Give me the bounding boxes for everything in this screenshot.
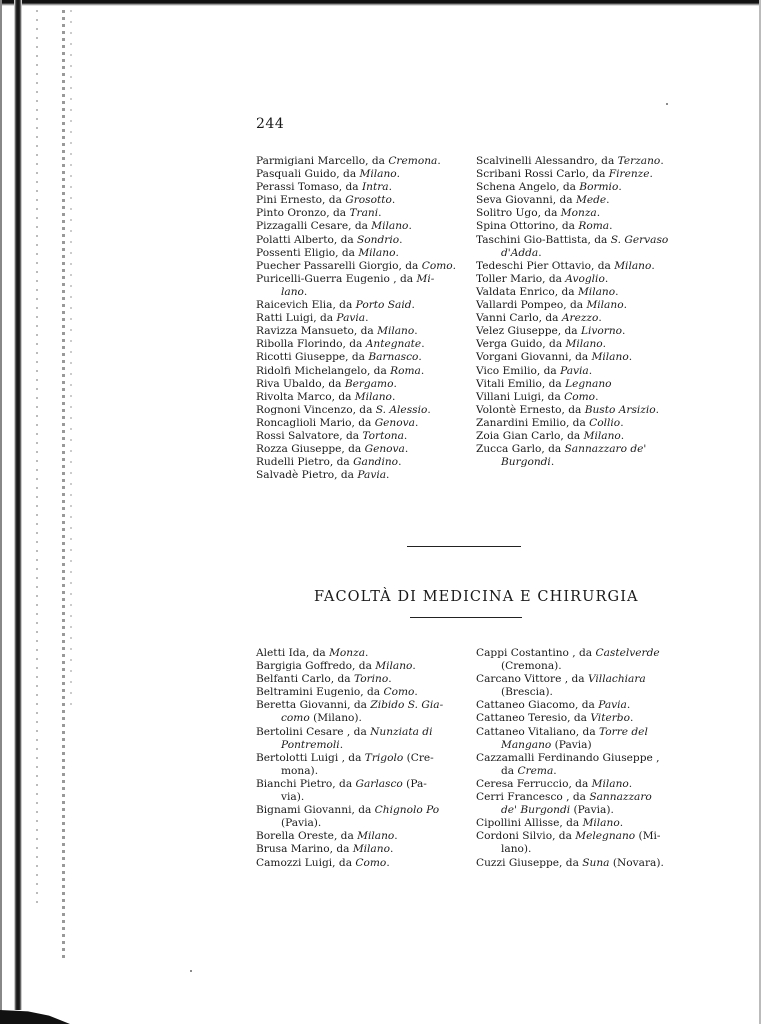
entry-place: Milano bbox=[592, 778, 629, 790]
divider-rule-top bbox=[407, 546, 521, 547]
list-entry: Raicevich Elia, da Porto Said. bbox=[256, 299, 461, 312]
entry-tail: . bbox=[605, 273, 608, 285]
entry-cont-tail: . bbox=[340, 739, 343, 751]
entry-place: Melegnano bbox=[575, 830, 635, 842]
entry-continuation: mona). bbox=[256, 765, 461, 778]
entry-tail: . bbox=[365, 647, 368, 659]
entry-tail: . bbox=[397, 168, 400, 180]
entry-name: Tedeschi Pier Ottavio, da bbox=[476, 260, 614, 272]
entry-tail: . bbox=[415, 417, 418, 429]
entry-place: Busto Arsizio bbox=[585, 404, 656, 416]
entry-name: Cappi Costantino , da bbox=[476, 647, 595, 659]
entry-cont-place: Crema bbox=[517, 765, 553, 777]
entry-cont-prefix: da bbox=[501, 765, 517, 777]
list-entry: Vorgani Giovanni, da Milano. bbox=[476, 351, 686, 364]
entry-tail: . bbox=[394, 830, 397, 842]
entry-tail: . bbox=[421, 365, 424, 377]
entry-place: Mede bbox=[576, 194, 606, 206]
entry-name: Riva Ubaldo, da bbox=[256, 378, 345, 390]
entry-place: Suna bbox=[582, 857, 609, 869]
list-entry: Vallardi Pompeo, da Milano. bbox=[476, 299, 686, 312]
entry-name: Toller Mario, da bbox=[476, 273, 565, 285]
entry-name: Schena Angelo, da bbox=[476, 181, 579, 193]
list-entry: Riva Ubaldo, da Bergamo. bbox=[256, 378, 461, 391]
entry-place: Monza bbox=[329, 647, 365, 659]
entry-place: Milano bbox=[371, 220, 408, 232]
entry-name: Roncaglioli Mario, da bbox=[256, 417, 375, 429]
scan-top-border bbox=[0, 0, 761, 6]
entry-name: Rozza Giuseppe, da bbox=[256, 443, 365, 455]
entry-cont-tail: . bbox=[551, 456, 554, 468]
entry-tail: . bbox=[405, 443, 408, 455]
entry-name: Polatti Alberto, da bbox=[256, 234, 357, 246]
entry-continuation: (Cremona). bbox=[476, 660, 686, 673]
entry-cont-tail: (Cremona). bbox=[501, 660, 562, 672]
entry-place: Mi- bbox=[416, 273, 434, 285]
entry-tail: . bbox=[386, 857, 389, 869]
entry-tail: . bbox=[609, 220, 612, 232]
entry-tail: . bbox=[395, 247, 398, 259]
entry-place: Livorno bbox=[581, 325, 622, 337]
entry-tail: . bbox=[398, 456, 401, 468]
entry-name: Scalvinelli Alessandro, da bbox=[476, 155, 618, 167]
entry-name: Beltramini Eugenio, da bbox=[256, 686, 384, 698]
entry-continuation: como (Milano). bbox=[256, 712, 461, 725]
entry-tail: (Pa- bbox=[403, 778, 427, 790]
entry-name: Cattaneo Teresio, da bbox=[476, 712, 590, 724]
entry-cont-place: Mangano bbox=[501, 739, 551, 751]
list-entry: Spina Ottorino, da Roma. bbox=[476, 220, 686, 233]
entry-cont-tail: lano). bbox=[501, 843, 531, 855]
list-entry: Bertolotti Luigi , da Trigolo (Cre-mona)… bbox=[256, 752, 461, 778]
list-entry: Borella Oreste, da Milano. bbox=[256, 830, 461, 843]
list-entry: Volontè Ernesto, da Busto Arsizio. bbox=[476, 404, 686, 417]
entry-name: Belfanti Carlo, da bbox=[256, 673, 354, 685]
entry-place: Milano bbox=[355, 391, 392, 403]
entry-place: Avoglio bbox=[565, 273, 605, 285]
scan-binding-shadow bbox=[14, 0, 22, 1010]
entry-continuation: de' Burgondi (Pavia). bbox=[476, 804, 686, 817]
entry-name: Cattaneo Vitaliano, da bbox=[476, 726, 599, 738]
list-entry: Salvadè Pietro, da Pavia. bbox=[256, 469, 461, 482]
entry-tail: . bbox=[624, 299, 627, 311]
entry-tail: . bbox=[618, 181, 621, 193]
list-entry: Rognoni Vincenzo, da S. Alessio. bbox=[256, 404, 461, 417]
entry-tail: . bbox=[421, 338, 424, 350]
entry-name: Seva Giovanni, da bbox=[476, 194, 576, 206]
list-entry: Bargigia Goffredo, da Milano. bbox=[256, 660, 461, 673]
list-entry: Scalvinelli Alessandro, da Terzano. bbox=[476, 155, 686, 168]
entry-place: Genova bbox=[365, 443, 405, 455]
scan-noise bbox=[36, 10, 38, 910]
entry-tail: . bbox=[365, 312, 368, 324]
entry-name: Ricotti Giuseppe, da bbox=[256, 351, 368, 363]
entry-tail: . bbox=[650, 168, 653, 180]
entry-tail: . bbox=[412, 660, 415, 672]
entry-place: Roma bbox=[578, 220, 609, 232]
entry-place: Cremona bbox=[388, 155, 437, 167]
entry-name: Pini Ernesto, da bbox=[256, 194, 345, 206]
list-entry: Bignami Giovanni, da Chignolo Po(Pavia). bbox=[256, 804, 461, 830]
entry-place: Sannazzaro bbox=[589, 791, 651, 803]
entry-name: Rossi Salvatore, da bbox=[256, 430, 362, 442]
scan-noise bbox=[62, 10, 65, 960]
entry-cont-tail: (Pavia). bbox=[570, 804, 614, 816]
list-entry: Velez Giuseppe, da Livorno. bbox=[476, 325, 686, 338]
list-entry: Rozza Giuseppe, da Genova. bbox=[256, 443, 461, 456]
entry-tail: . bbox=[598, 312, 601, 324]
entry-name: Cerri Francesco , da bbox=[476, 791, 589, 803]
entry-tail: . bbox=[627, 699, 630, 711]
entry-place: Roma bbox=[390, 365, 421, 377]
entry-tail: . bbox=[404, 430, 407, 442]
list-entry: Cordoni Silvio, da Melegnano (Mi-lano). bbox=[476, 830, 686, 856]
entry-place: Pavia bbox=[357, 469, 386, 481]
entry-tail: . bbox=[414, 686, 417, 698]
list-entry: Camozzi Luigi, da Como. bbox=[256, 857, 461, 870]
list-entry: Vanni Carlo, da Arezzo. bbox=[476, 312, 686, 325]
entry-place: Intra bbox=[362, 181, 389, 193]
entry-place: Milano bbox=[566, 338, 603, 350]
entry-cont-tail: (Pavia) bbox=[551, 739, 591, 751]
entry-tail: . bbox=[629, 778, 632, 790]
entry-place: Castelverde bbox=[595, 647, 659, 659]
entry-name: Camozzi Luigi, da bbox=[256, 857, 355, 869]
entry-place: Villachiara bbox=[588, 673, 646, 685]
entry-cont-tail: . bbox=[304, 286, 307, 298]
list-entry: Cappi Costantino , da Castelverde(Cremon… bbox=[476, 647, 686, 673]
list-entry: Rivolta Marco, da Milano. bbox=[256, 391, 461, 404]
entry-place: Firenze bbox=[609, 168, 650, 180]
entry-continuation: Burgondi. bbox=[476, 456, 686, 469]
entry-name: Brusa Marino, da bbox=[256, 843, 353, 855]
entry-name: Raicevich Elia, da bbox=[256, 299, 356, 311]
entry-name: Pinto Oronzo, da bbox=[256, 207, 349, 219]
list-entry: Vico Emilio, da Pavia. bbox=[476, 365, 686, 378]
entry-tail: . bbox=[630, 712, 633, 724]
entry-name: Cordoni Silvio, da bbox=[476, 830, 575, 842]
list-entry: Ravizza Mansueto, da Milano. bbox=[256, 325, 461, 338]
entry-continuation: lano). bbox=[476, 843, 686, 856]
entry-tail: (Cre- bbox=[403, 752, 434, 764]
list-entry: Taschini Gio-Battista, da S. Gervasod'Ad… bbox=[476, 234, 686, 260]
entry-place: Milano bbox=[377, 325, 414, 337]
entry-tail: . bbox=[660, 155, 663, 167]
entry-tail: . bbox=[453, 260, 456, 272]
entry-place: Zibido S. Gia- bbox=[370, 699, 443, 711]
section-1-right-column: Scalvinelli Alessandro, da Terzano.Scrib… bbox=[476, 155, 686, 469]
list-entry: Possenti Eligio, da Milano. bbox=[256, 247, 461, 260]
list-entry: Pini Ernesto, da Grosotto. bbox=[256, 194, 461, 207]
list-entry: Ribolla Florindo, da Antegnate. bbox=[256, 338, 461, 351]
entry-place: Nunziata di bbox=[370, 726, 432, 738]
list-entry: Toller Mario, da Avoglio. bbox=[476, 273, 686, 286]
entry-place: Monza bbox=[561, 207, 597, 219]
entry-place: Garlasco bbox=[356, 778, 403, 790]
list-entry: Cattaneo Giacomo, da Pavia. bbox=[476, 699, 686, 712]
list-entry: Cipollini Allisse, da Milano. bbox=[476, 817, 686, 830]
entry-name: Puecher Passarelli Giorgio, da bbox=[256, 260, 422, 272]
entry-name: Cattaneo Giacomo, da bbox=[476, 699, 598, 711]
entry-tail: . bbox=[620, 417, 623, 429]
entry-cont-place: d'Adda bbox=[501, 247, 538, 259]
entry-place: Grosotto bbox=[345, 194, 392, 206]
entry-tail: . bbox=[392, 194, 395, 206]
section-title: FACOLTÀ DI MEDICINA E CHIRURGIA bbox=[314, 589, 639, 605]
list-entry: Parmigiani Marcello, da Cremona. bbox=[256, 155, 461, 168]
entry-name: Verga Guido, da bbox=[476, 338, 566, 350]
list-entry: Zoia Gian Carlo, da Milano. bbox=[476, 430, 686, 443]
entry-tail: . bbox=[589, 365, 592, 377]
list-entry: Bertolini Cesare , da Nunziata diPontrem… bbox=[256, 726, 461, 752]
entry-name: Cipollini Allisse, da bbox=[476, 817, 583, 829]
entry-tail: . bbox=[656, 404, 659, 416]
entry-place: Gandino bbox=[353, 456, 398, 468]
list-entry: Zanardini Emilio, da Collio. bbox=[476, 417, 686, 430]
list-entry: Rossi Salvatore, da Tortona. bbox=[256, 430, 461, 443]
list-entry: Pizzagalli Cesare, da Milano. bbox=[256, 220, 461, 233]
entry-place: Barnasco bbox=[368, 351, 418, 363]
list-entry: Ceresa Ferruccio, da Milano. bbox=[476, 778, 686, 791]
list-entry: Bianchi Pietro, da Garlasco (Pa-via). bbox=[256, 778, 461, 804]
scan-corner-shadow bbox=[0, 1010, 70, 1024]
list-entry: Puecher Passarelli Giorgio, da Como. bbox=[256, 260, 461, 273]
entry-place: Milano bbox=[357, 830, 394, 842]
entry-name: Taschini Gio-Battista, da bbox=[476, 234, 611, 246]
entry-place: Milano bbox=[584, 430, 621, 442]
list-entry: Pasquali Guido, da Milano. bbox=[256, 168, 461, 181]
entry-tail: . bbox=[597, 207, 600, 219]
entry-tail: . bbox=[412, 299, 415, 311]
entry-tail: . bbox=[378, 207, 381, 219]
list-entry: Polatti Alberto, da Sondrio. bbox=[256, 234, 461, 247]
entry-place: Chignolo Po bbox=[375, 804, 440, 816]
entry-name: Vico Emilio, da bbox=[476, 365, 560, 377]
entry-place: Milano bbox=[578, 286, 615, 298]
entry-name: Pizzagalli Cesare, da bbox=[256, 220, 371, 232]
section-1-left-column: Parmigiani Marcello, da Cremona.Pasquali… bbox=[256, 155, 461, 482]
entry-continuation: Pontremoli. bbox=[256, 739, 461, 752]
entry-name: Vorgani Giovanni, da bbox=[476, 351, 592, 363]
entry-place: Viterbo bbox=[590, 712, 630, 724]
entry-place: Arezzo bbox=[562, 312, 599, 324]
entry-place: Antegnate bbox=[366, 338, 421, 350]
list-entry: Aletti Ida, da Monza. bbox=[256, 647, 461, 660]
entry-name: Scribani Rossi Carlo, da bbox=[476, 168, 609, 180]
entry-continuation: (Brescia). bbox=[476, 686, 686, 699]
entry-name: Bianchi Pietro, da bbox=[256, 778, 356, 790]
entry-tail: . bbox=[621, 430, 624, 442]
entry-name: Solitro Ugo, da bbox=[476, 207, 561, 219]
list-entry: Brusa Marino, da Milano. bbox=[256, 843, 461, 856]
entry-name: Possenti Eligio, da bbox=[256, 247, 358, 259]
list-entry: Ricotti Giuseppe, da Barnasco. bbox=[256, 351, 461, 364]
entry-place: S. Alessio bbox=[376, 404, 428, 416]
entry-name: Borella Oreste, da bbox=[256, 830, 357, 842]
entry-tail: . bbox=[427, 404, 430, 416]
list-entry: Cattaneo Teresio, da Viterbo. bbox=[476, 712, 686, 725]
list-entry: Cazzamalli Ferdinando Giuseppe ,da Crema… bbox=[476, 752, 686, 778]
entry-place: Milano bbox=[586, 299, 623, 311]
entry-place: Milano bbox=[592, 351, 629, 363]
entry-cont-place: de' Burgondi bbox=[501, 804, 570, 816]
entry-cont-place: lano bbox=[281, 286, 304, 298]
entry-name: Bargigia Goffredo, da bbox=[256, 660, 375, 672]
entry-place: Pavia bbox=[598, 699, 627, 711]
entry-name: Spina Ottorino, da bbox=[476, 220, 578, 232]
list-entry: Beretta Giovanni, da Zibido S. Gia-como … bbox=[256, 699, 461, 725]
entry-cont-place: Pontremoli bbox=[281, 739, 340, 751]
page-number: 244 bbox=[256, 116, 284, 132]
list-entry: Schena Angelo, da Bormio. bbox=[476, 181, 686, 194]
entry-tail: . bbox=[414, 325, 417, 337]
entry-tail: . bbox=[615, 286, 618, 298]
entry-place: Legnano bbox=[565, 378, 611, 390]
entry-name: Cazzamalli Ferdinando Giuseppe , bbox=[476, 752, 660, 764]
entry-name: Villani Luigi, da bbox=[476, 391, 564, 403]
list-entry: Cuzzi Giuseppe, da Suna (Novara). bbox=[476, 857, 686, 870]
entry-tail: . bbox=[603, 338, 606, 350]
entry-place: Como bbox=[355, 857, 386, 869]
entry-name: Vitali Emilio, da bbox=[476, 378, 565, 390]
entry-tail: . bbox=[390, 843, 393, 855]
entry-place: Bergamo bbox=[345, 378, 394, 390]
entry-name: Rognoni Vincenzo, da bbox=[256, 404, 376, 416]
entry-name: Vallardi Pompeo, da bbox=[476, 299, 586, 311]
entry-place: Sondrio bbox=[357, 234, 399, 246]
list-entry: Verga Guido, da Milano. bbox=[476, 338, 686, 351]
entry-name: Zanardini Emilio, da bbox=[476, 417, 589, 429]
entry-tail: . bbox=[418, 351, 421, 363]
section-2-left-column: Aletti Ida, da Monza.Bargigia Goffredo, … bbox=[256, 647, 461, 870]
entry-place: Milano bbox=[583, 817, 620, 829]
entry-name: Ceresa Ferruccio, da bbox=[476, 778, 592, 790]
entry-place: Bormio bbox=[579, 181, 618, 193]
entry-name: Perassi Tomaso, da bbox=[256, 181, 362, 193]
entry-name: Bertolini Cesare , da bbox=[256, 726, 370, 738]
entry-name: Volontè Ernesto, da bbox=[476, 404, 585, 416]
entry-tail: . bbox=[620, 817, 623, 829]
entry-name: Cuzzi Giuseppe, da bbox=[476, 857, 582, 869]
scan-speck bbox=[666, 103, 668, 105]
entry-cont-tail: . bbox=[553, 765, 556, 777]
entry-name: Aletti Ida, da bbox=[256, 647, 329, 659]
scan-left-edge bbox=[0, 0, 2, 1024]
entry-cont-tail: (Milano). bbox=[310, 712, 362, 724]
section-2-right-column: Cappi Costantino , da Castelverde(Cremon… bbox=[476, 647, 686, 870]
entry-cont-tail: mona). bbox=[281, 765, 318, 777]
list-entry: Puricelli-Guerra Eugenio , da Mi-lano. bbox=[256, 273, 461, 299]
list-entry: Carcano Vittore , da Villachiara(Brescia… bbox=[476, 673, 686, 699]
divider-rule-bottom bbox=[410, 617, 522, 618]
entry-place: Pavia bbox=[336, 312, 365, 324]
list-entry: Cattaneo Vitaliano, da Torre delMangano … bbox=[476, 726, 686, 752]
list-entry: Scribani Rossi Carlo, da Firenze. bbox=[476, 168, 686, 181]
entry-place: Milano bbox=[375, 660, 412, 672]
entry-name: Ratti Luigi, da bbox=[256, 312, 336, 324]
list-entry: Vitali Emilio, da Legnano bbox=[476, 378, 686, 391]
entry-place: Tortona bbox=[362, 430, 403, 442]
entry-continuation: Mangano (Pavia) bbox=[476, 739, 686, 752]
entry-cont-place: como bbox=[281, 712, 310, 724]
entry-place: Genova bbox=[375, 417, 415, 429]
entry-continuation: da Crema. bbox=[476, 765, 686, 778]
entry-tail: . bbox=[389, 181, 392, 193]
scan-speck bbox=[190, 970, 192, 972]
list-entry: Tedeschi Pier Ottavio, da Milano. bbox=[476, 260, 686, 273]
entry-continuation: (Pavia). bbox=[256, 817, 461, 830]
entry-name: Carcano Vittore , da bbox=[476, 673, 588, 685]
entry-place: Trani bbox=[349, 207, 378, 219]
list-entry: Solitro Ugo, da Monza. bbox=[476, 207, 686, 220]
entry-continuation: via). bbox=[256, 791, 461, 804]
entry-place: Milano bbox=[360, 168, 397, 180]
entry-tail: . bbox=[399, 234, 402, 246]
entry-place: Torre del bbox=[599, 726, 648, 738]
entry-tail: (Novara). bbox=[610, 857, 664, 869]
entry-name: Zucca Garlo, da bbox=[476, 443, 565, 455]
list-entry: Ratti Luigi, da Pavia. bbox=[256, 312, 461, 325]
entry-cont-tail: (Brescia). bbox=[501, 686, 553, 698]
entry-place: Porto Said bbox=[356, 299, 412, 311]
entry-name: Valdata Enrico, da bbox=[476, 286, 578, 298]
entry-name: Beretta Giovanni, da bbox=[256, 699, 370, 711]
entry-tail: . bbox=[388, 673, 391, 685]
list-entry: Cerri Francesco , da Sannazzarode' Burgo… bbox=[476, 791, 686, 817]
entry-cont-tail: (Pavia). bbox=[281, 817, 321, 829]
entry-place: S. Gervaso bbox=[611, 234, 669, 246]
entry-continuation: d'Adda. bbox=[476, 247, 686, 260]
entry-place: Milano bbox=[358, 247, 395, 259]
entry-place: Milano bbox=[614, 260, 651, 272]
entry-tail: (Mi- bbox=[635, 830, 660, 842]
entry-name: Ridolfi Michelangelo, da bbox=[256, 365, 390, 377]
list-entry: Rudelli Pietro, da Gandino. bbox=[256, 456, 461, 469]
entry-name: Salvadè Pietro, da bbox=[256, 469, 357, 481]
list-entry: Belfanti Carlo, da Torino. bbox=[256, 673, 461, 686]
entry-name: Puricelli-Guerra Eugenio , da bbox=[256, 273, 416, 285]
entry-tail: . bbox=[629, 351, 632, 363]
entry-tail: . bbox=[437, 155, 440, 167]
entry-name: Bignami Giovanni, da bbox=[256, 804, 375, 816]
entry-name: Vanni Carlo, da bbox=[476, 312, 562, 324]
entry-place: Como bbox=[384, 686, 415, 698]
list-entry: Beltramini Eugenio, da Como. bbox=[256, 686, 461, 699]
entry-name: Ribolla Florindo, da bbox=[256, 338, 366, 350]
entry-tail: . bbox=[606, 194, 609, 206]
list-entry: Ridolfi Michelangelo, da Roma. bbox=[256, 365, 461, 378]
entry-name: Zoia Gian Carlo, da bbox=[476, 430, 584, 442]
entry-place: Collio bbox=[589, 417, 620, 429]
entry-place: Como bbox=[422, 260, 453, 272]
entry-place: Sannazzaro de' bbox=[565, 443, 647, 455]
scan-noise bbox=[70, 10, 72, 710]
entry-place: Trigolo bbox=[365, 752, 403, 764]
list-entry: Villani Luigi, da Como. bbox=[476, 391, 686, 404]
list-entry: Seva Giovanni, da Mede. bbox=[476, 194, 686, 207]
entry-tail: . bbox=[393, 378, 396, 390]
entry-name: Bertolotti Luigi , da bbox=[256, 752, 365, 764]
entry-place: Como bbox=[564, 391, 595, 403]
entry-tail: . bbox=[386, 469, 389, 481]
entry-place: Torino bbox=[354, 673, 388, 685]
entry-cont-tail: via). bbox=[281, 791, 304, 803]
entry-name: Pasquali Guido, da bbox=[256, 168, 360, 180]
entry-cont-tail: . bbox=[538, 247, 541, 259]
entry-tail: . bbox=[595, 391, 598, 403]
entry-name: Rivolta Marco, da bbox=[256, 391, 355, 403]
entry-tail: . bbox=[392, 391, 395, 403]
